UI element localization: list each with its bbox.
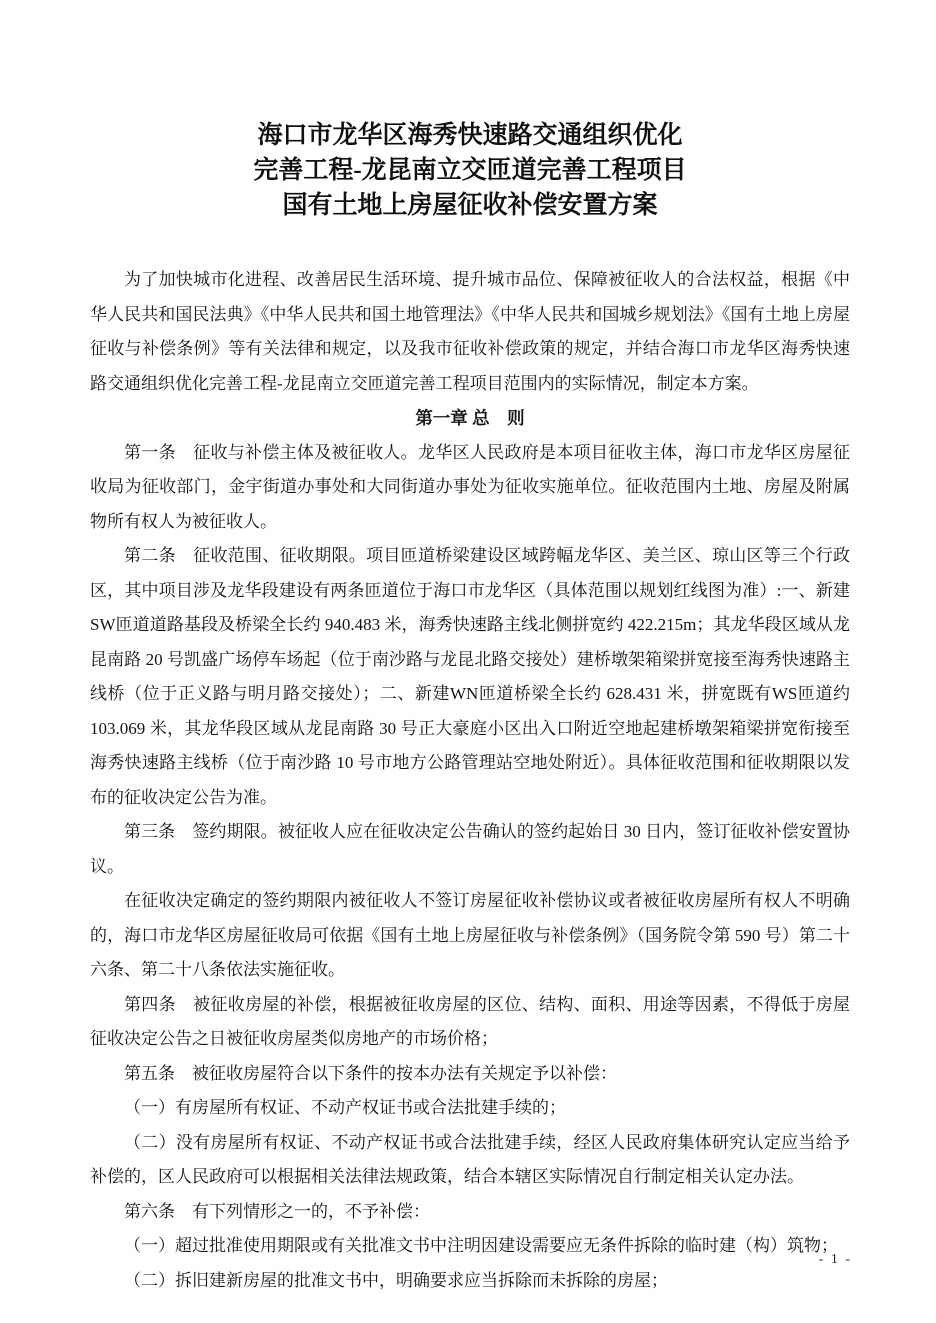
page-number: - 1 - — [819, 1252, 852, 1268]
document-title-line-1: 海口市龙华区海秀快速路交通组织优化 — [90, 118, 850, 153]
paragraph: 第六条 有下列情形之一的，不予补偿： — [90, 1195, 850, 1230]
document-title-line-3: 国有土地上房屋征收补偿安置方案 — [90, 188, 850, 223]
document-title: 海口市龙华区海秀快速路交通组织优化 完善工程-龙昆南立交匝道完善工程项目 国有土… — [90, 118, 850, 223]
paragraph: 为了加快城市化进程、改善居民生活环境、提升城市品位、保障被征收人的合法权益，根据… — [90, 263, 850, 401]
document-title-line-2: 完善工程-龙昆南立交匝道完善工程项目 — [90, 153, 850, 188]
document-page: 海口市龙华区海秀快速路交通组织优化 完善工程-龙昆南立交匝道完善工程项目 国有土… — [0, 0, 936, 1323]
paragraph: 第四条 被征收房屋的补偿，根据被征收房屋的区位、结构、面积、用途等因素，不得低于… — [90, 988, 850, 1057]
paragraph: （二）没有房屋所有权证、不动产权证书或合法批建手续，经区人民政府集体研究认定应当… — [90, 1126, 850, 1195]
chapter-heading: 第一章 总 则 — [90, 401, 850, 436]
paragraph: 第五条 被征收房屋符合以下条件的按本办法有关规定予以补偿： — [90, 1057, 850, 1092]
paragraph: （一）有房屋所有权证、不动产权证书或合法批建手续的； — [90, 1091, 850, 1126]
paragraph: （二）拆旧建新房屋的批准文书中，明确要求应当拆除而未拆除的房屋； — [90, 1264, 850, 1299]
document-content: 海口市龙华区海秀快速路交通组织优化 完善工程-龙昆南立交匝道完善工程项目 国有土… — [90, 0, 850, 1298]
document-body: 为了加快城市化进程、改善居民生活环境、提升城市品位、保障被征收人的合法权益，根据… — [90, 263, 850, 1298]
paragraph: 第一条 征收与补偿主体及被征收人。龙华区人民政府是本项目征收主体，海口市龙华区房… — [90, 436, 850, 540]
paragraph: （一）超过批准使用期限或有关批准文书中注明因建设需要应无条件拆除的临时建（构）筑… — [90, 1229, 850, 1264]
paragraph: 第三条 签约期限。被征收人应在征收决定公告确认的签约起始日 30 日内，签订征收… — [90, 815, 850, 884]
paragraph: 在征收决定确定的签约期限内被征收人不签订房屋征收补偿协议或者被征收房屋所有权人不… — [90, 884, 850, 988]
paragraph: 第二条 征收范围、征收期限。项目匝道桥梁建设区域跨幅龙华区、美兰区、琼山区等三个… — [90, 539, 850, 815]
